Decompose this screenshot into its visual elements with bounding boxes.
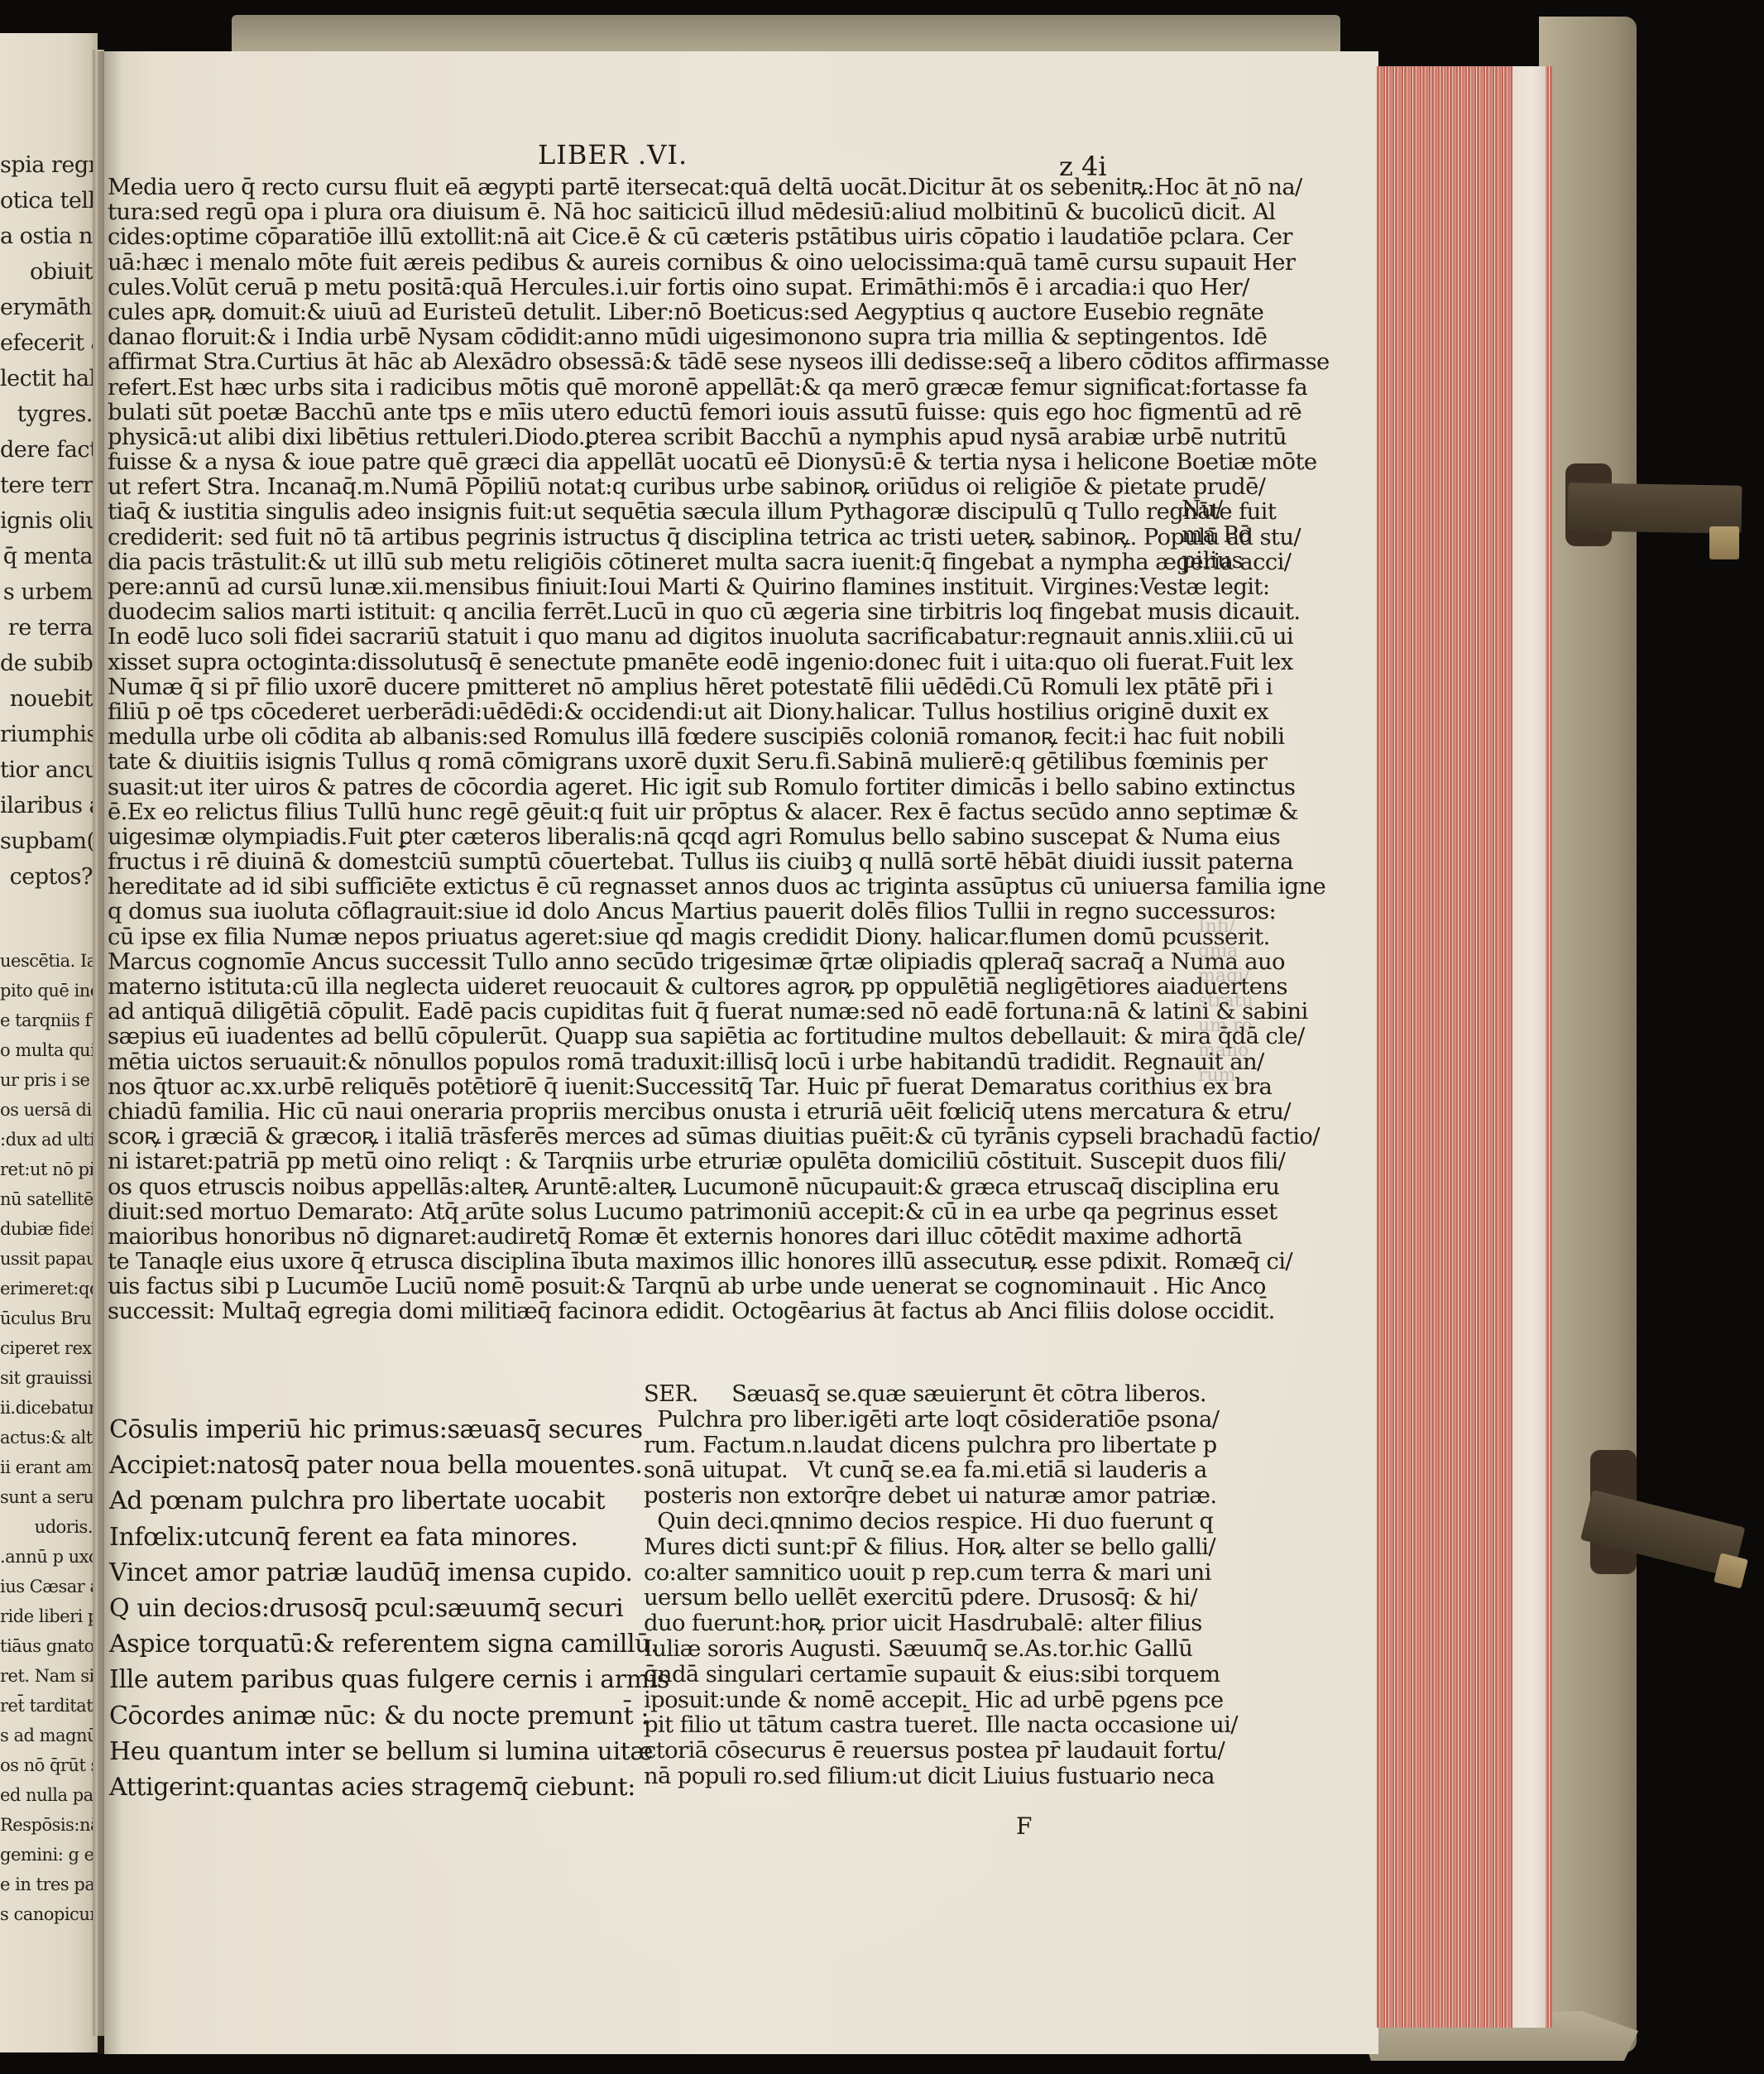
- marginal-note-numa-pompilius: Nu/ ma Pō pilius: [1182, 497, 1252, 574]
- fragment-line: re terra: [0, 610, 93, 646]
- commentary-line: diuit:sed mortuo Demarato: Atq̄ arūte so…: [108, 1200, 1175, 1225]
- fragment-line: dere factis!: [0, 432, 93, 468]
- lower-clasp-metal-tip: [1714, 1553, 1748, 1588]
- servius-line: co:alter samnitico uouit p rep.cum terra…: [644, 1561, 1173, 1587]
- commentary-line: fructus i rē diuinā & domestciū sumptū c…: [108, 850, 1175, 875]
- fragment-line: tygres.: [0, 396, 93, 432]
- commentary-line: Marcus cognomīe Ancus successit Tullo an…: [108, 950, 1175, 975]
- commentary-line: cules.Volūt ceruā p metu positā:quā Herc…: [108, 276, 1175, 300]
- show-through-offset-note: Infi/ gnia magi/ stratu um ro mano rum: [1198, 915, 1253, 1088]
- verse-line: Vincet amor patriæ laudūq̄ imensa cupido…: [109, 1555, 639, 1591]
- fragment-line: e in tres partes di: [0, 1870, 93, 1899]
- servius-line: Iuliæ sororis Augusti. Sæuumq̄ se.As.tor…: [644, 1637, 1173, 1663]
- fragment-line: ret. Nam si magnas: [0, 1661, 93, 1691]
- fragment-line: ur pris i se sæui: [0, 1065, 93, 1095]
- fragment-line: s urbem: [0, 574, 93, 610]
- verse-line: Aspice torquatū:& referentem signa camil…: [109, 1626, 639, 1662]
- commentary-line: cides:optime cōparatiōe illū extollit:nā…: [108, 225, 1175, 250]
- commentary-line: physicā:ut alibi dixi libētius rettuleri…: [108, 425, 1175, 450]
- fragment-line: uescētia. Iactan: [0, 946, 93, 976]
- signature-mark: F: [1016, 1812, 1032, 1840]
- fore-edge-endpaper: [1512, 66, 1546, 2028]
- commentary-line: uigesimæ olympiadis.Fuit ꝑter cæteros li…: [108, 825, 1175, 850]
- commentary-line: pere:annū ad cursū lunæ.xii.mensibus fin…: [108, 575, 1175, 600]
- fragment-line: ciperet rex qui ct: [0, 1333, 93, 1363]
- fragment-line: ii.dicebatur:obq: [0, 1393, 93, 1423]
- offset-note-line: Infi/: [1198, 915, 1253, 939]
- commentary-line: mētia uictos seruauit:& nōnullos populos…: [108, 1050, 1175, 1075]
- commentary-line: ut refert Stra. Incanaq̄.m.Numā Pōpiliū …: [108, 475, 1175, 500]
- fragment-line: otica tellus:: [0, 183, 93, 218]
- commentary-line: cules apꝶ domuit:& uiuū ad Euristeū detu…: [108, 300, 1175, 325]
- fragment-line: :dux ad ultimū: [0, 1125, 93, 1155]
- fragment-line: ilaribus au: [0, 788, 93, 823]
- fragment-line: ceptos?: [0, 859, 93, 895]
- fragment-line: ii erant amici filius: [0, 1452, 93, 1482]
- verse-line: Q uin decios:drusosq̄ pcul:sæuumq̄ secur…: [109, 1591, 639, 1626]
- servius-line: Quin deci.qnnimo decios respice. Hi duo …: [644, 1510, 1173, 1535]
- verse-block: Cōsulis imperiū hic primus:sæuasq̄ secur…: [109, 1412, 639, 1805]
- fragment-line: spia regna: [0, 147, 93, 183]
- commentary-line: te Tanaqle eius uxore q̄ etrusca discipl…: [108, 1250, 1175, 1275]
- book-cover-right-board: [1539, 17, 1637, 2052]
- fragment-line: os nō q̄rūt sapiētes: [0, 1750, 93, 1780]
- verse-line: Ad pœnam pulchra pro libertate uocabit: [109, 1483, 639, 1519]
- servius-line: posteris non extorq̄re debet ui naturæ a…: [644, 1484, 1173, 1510]
- servius-line: iposuit:unde & nomē accepit. Hic ad urbē…: [644, 1688, 1173, 1714]
- servius-line: sonā uitupat. Vt cunq̄ se.ea fa.mi.etiā …: [644, 1458, 1173, 1484]
- commentary-line: uis factus sibi p Lucumōe Luciū nomē pos…: [108, 1275, 1175, 1299]
- servius-line: Mures dicti sunt:pr̄ & filius. Hoꝶ alter…: [644, 1535, 1173, 1561]
- commentary-block: Media uero q̄ recto cursu fluit eā ægypt…: [108, 175, 1175, 1325]
- offset-note-line: magi/: [1198, 964, 1253, 989]
- fragment-line: nū satellitē scilci: [0, 1184, 93, 1214]
- fragment-line: nouebit: [0, 681, 93, 717]
- commentary-line: In eodē luco soli fidei sacrariū statuit…: [108, 625, 1175, 650]
- commentary-line: duodecim salios marti istituit: q ancili…: [108, 600, 1175, 625]
- servius-line: pit filio ut tātum castra tueret̄. Ille …: [644, 1713, 1173, 1739]
- fragment-line: lectit habēis: [0, 361, 93, 396]
- fragment-line: tiāus gnato cū dictū: [0, 1631, 93, 1661]
- fragment-line: actus:& alter fuit: [0, 1423, 93, 1452]
- fragment-line: o multa quidem: [0, 1035, 93, 1065]
- fragment-line: ignis oliuæ: [0, 503, 93, 539]
- commentary-line: q domus sua iuoluta cōflagrauit:siue id …: [108, 900, 1175, 924]
- commentary-line: cū ipse ex filia Numæ nepos priuatus age…: [108, 925, 1175, 950]
- fragment-line: pito quē incuruū: [0, 976, 93, 1006]
- commentary-line: os quos etruscis noibus appellās:alteꝶ A…: [108, 1175, 1175, 1200]
- commentary-line: dia pacis trāstulit:& ut illū sub metu r…: [108, 550, 1175, 575]
- offset-note-line: um ro: [1198, 1014, 1253, 1039]
- commentary-line: xisset supra octoginta:dissolutusq̄ ē se…: [108, 651, 1175, 675]
- commentary-line: tate & diuitiis isignis Tullus q romā cō…: [108, 750, 1175, 775]
- servius-line: duo fuerunt:hoꝶ prior uicit Hasdrubalē: …: [644, 1611, 1173, 1637]
- fragment-line: udoris.: [0, 1512, 93, 1542]
- facing-page-fragments-lower: uescētia. Iactan pito quē incuruū e tarq…: [0, 946, 93, 1929]
- book-cover-top-edge: [232, 15, 1340, 56]
- fragment-line: tere terra?: [0, 468, 93, 503]
- fragment-line: s canopicum di: [0, 1899, 93, 1929]
- running-head: LIBER .VI.: [538, 139, 688, 170]
- fragment-line: ed nulla pars terræ: [0, 1780, 93, 1810]
- fragment-line: ius Cæsar ad tātū: [0, 1572, 93, 1601]
- commentary-line: suasit:ut iter uiros & patres de cōcordi…: [108, 775, 1175, 800]
- commentary-line: ad antiquā diligētiā cōpulit. Eadē pacis…: [108, 1000, 1175, 1025]
- fragment-line: ūculus Bru.rapto: [0, 1303, 93, 1333]
- fragment-line: gemini: g erūpūt: [0, 1840, 93, 1870]
- offset-note-line: rum: [1198, 1063, 1253, 1088]
- verse-line: Attigerint:quantas acies stragemq̄ ciebu…: [109, 1769, 639, 1805]
- fragment-line: Respōsis:nā & Qui: [0, 1810, 93, 1840]
- commentary-line: bulati sūt poetæ Bacchū ante tps e mīis …: [108, 401, 1175, 425]
- commentary-line: Media uero q̄ recto cursu fluit eā ægypt…: [108, 175, 1175, 200]
- fragment-line: s ad magnū tēdat v: [0, 1721, 93, 1750]
- fragment-line: riumphis: [0, 717, 93, 752]
- commentary-line: danao floruit:& i India urbē Nysam cōdid…: [108, 325, 1175, 350]
- servius-commentary-block: SER. Sæuasq̄ se.quæ sæuierunt ēt cōtra l…: [644, 1382, 1173, 1790]
- commentary-line: affirmat Stra.Curtius āt hāc ab Alexādro…: [108, 350, 1175, 375]
- fragment-line: .annū p uxore sole: [0, 1542, 93, 1572]
- fragment-line: sunt a seruo Vindi: [0, 1482, 93, 1512]
- verse-line: Infœlix:utcunq̄ ferent ea fata minores.: [109, 1519, 639, 1555]
- commentary-line: refert.Est hæc urbs sita i radicibus mōt…: [108, 376, 1175, 401]
- fragment-line: ussit papauerū: [0, 1244, 93, 1274]
- fragment-line: os uersā dicere: [0, 1095, 93, 1125]
- fragment-line: ret̄ tarditate uētēdi: [0, 1691, 93, 1721]
- fragment-line: tior ancus.: [0, 752, 93, 788]
- marginal-note-line: Nu/: [1182, 497, 1252, 522]
- commentary-line: uā:hæc i menalo mōte fuit æreis pedibus …: [108, 251, 1175, 276]
- fragment-line: a ostia nili.: [0, 218, 93, 254]
- fragment-line: dubiæ fidei nūci: [0, 1214, 93, 1244]
- offset-note-line: stratu: [1198, 989, 1253, 1014]
- verse-line: Accipiet:natosq̄ pater noua bella mouent…: [109, 1447, 639, 1483]
- marginal-note-line: ma Pō: [1182, 522, 1252, 548]
- verse-line: Cōcordes animæ nūc: & du nocte premunt̄ …: [109, 1698, 639, 1734]
- fragment-line: de subibit:: [0, 646, 93, 681]
- commentary-line: tiaq̄ & iustitia singulis adeo insignis …: [108, 500, 1175, 525]
- commentary-line: scoꝶ i græciā & græcoꝶ i italiā trāsferē…: [108, 1125, 1175, 1150]
- servius-line: q̄ndā singulari certamīe supauit & eius:…: [644, 1663, 1173, 1688]
- fragment-line: e tarqniis fuit su: [0, 1006, 93, 1035]
- commentary-line: fuisse & a nysa & ioue patre quē græci d…: [108, 450, 1175, 475]
- fragment-line: sit grauissimū co: [0, 1363, 93, 1393]
- fragment-line: supbam(ris: [0, 823, 93, 859]
- commentary-line: tura:sed regū opa i plura ora diuisum ē.…: [108, 200, 1175, 225]
- fragment-line: ride liberi pr̄i gam: [0, 1601, 93, 1631]
- fragment-line: obiuit: [0, 254, 93, 290]
- upper-clasp-metal-tip: [1709, 526, 1739, 559]
- commentary-line: chiadū familia. Hic cū naui oneraria pro…: [108, 1100, 1175, 1125]
- commentary-line: maioribus honoribus nō dignaret̄:audiret…: [108, 1225, 1175, 1250]
- fragment-line: efecerit arcu,: [0, 325, 93, 361]
- servius-line: nā populi ro.sed filium:ut dicit Liuius …: [644, 1764, 1173, 1790]
- fragment-line: erimeret:qd̄ & ab: [0, 1274, 93, 1303]
- fragment-line: erymāthi: [0, 290, 93, 325]
- servius-line: uersum bello uellēt exercitū pdere. Drus…: [644, 1586, 1173, 1611]
- commentary-line: ni istaret:patriā pp metū oino reliqt : …: [108, 1150, 1175, 1174]
- offset-note-line: gnia: [1198, 939, 1253, 964]
- facing-page-fragments-upper: spia regna otica tellus: a ostia nili. o…: [0, 147, 93, 895]
- commentary-line: Numæ q̄ si pr̄ filio uxorē ducere pmitte…: [108, 675, 1175, 700]
- servius-line: ctoriā cōsecurus ē reuersus postea pr̄ l…: [644, 1739, 1173, 1764]
- servius-line: rum. Factum.n.laudat dicens pulchra pro …: [644, 1433, 1173, 1459]
- servius-line: SER. Sæuasq̄ se.quæ sæuierunt ēt cōtra l…: [644, 1382, 1173, 1408]
- commentary-line: hereditate ad id sibi sufficiēte extictu…: [108, 875, 1175, 900]
- marginal-note-line: pilius: [1182, 548, 1252, 574]
- fragment-line: q̄ menta: [0, 539, 93, 574]
- commentary-line: sæpius eū iuadentes ad bellū cōpulerūt. …: [108, 1025, 1175, 1049]
- commentary-line: medulla urbe oli cōdita ab albanis:sed R…: [108, 725, 1175, 750]
- commentary-line: crediderit: sed fuit nō tā artibus pegri…: [108, 526, 1175, 550]
- servius-line: Pulchra pro liber.igēti arte loqt̄ cōsid…: [644, 1408, 1173, 1433]
- verse-line: Heu quantum inter se bellum si lumina ui…: [109, 1734, 639, 1769]
- commentary-line: nos q̄tuor ac.xx.urbē reliquēs potētiorē…: [108, 1075, 1175, 1100]
- commentary-line: filiū p oē tps cōcederet uerberādi:uēdēd…: [108, 700, 1175, 725]
- offset-note-line: mano: [1198, 1039, 1253, 1063]
- commentary-line: materno istituta:cū illa neglecta uidere…: [108, 975, 1175, 1000]
- verse-line: Cōsulis imperiū hic primus:sæuasq̄ secur…: [109, 1412, 639, 1447]
- commentary-line: successit: Multaq̄ egregia domi militiæq…: [108, 1299, 1175, 1324]
- fragment-line: ret:ut nō pr̄ Tar: [0, 1155, 93, 1184]
- commentary-line: ē.Ex eo relictus filius Tullū hunc regē …: [108, 800, 1175, 825]
- verse-line: Ille autem paribus quas fulgere cernis i…: [109, 1662, 639, 1697]
